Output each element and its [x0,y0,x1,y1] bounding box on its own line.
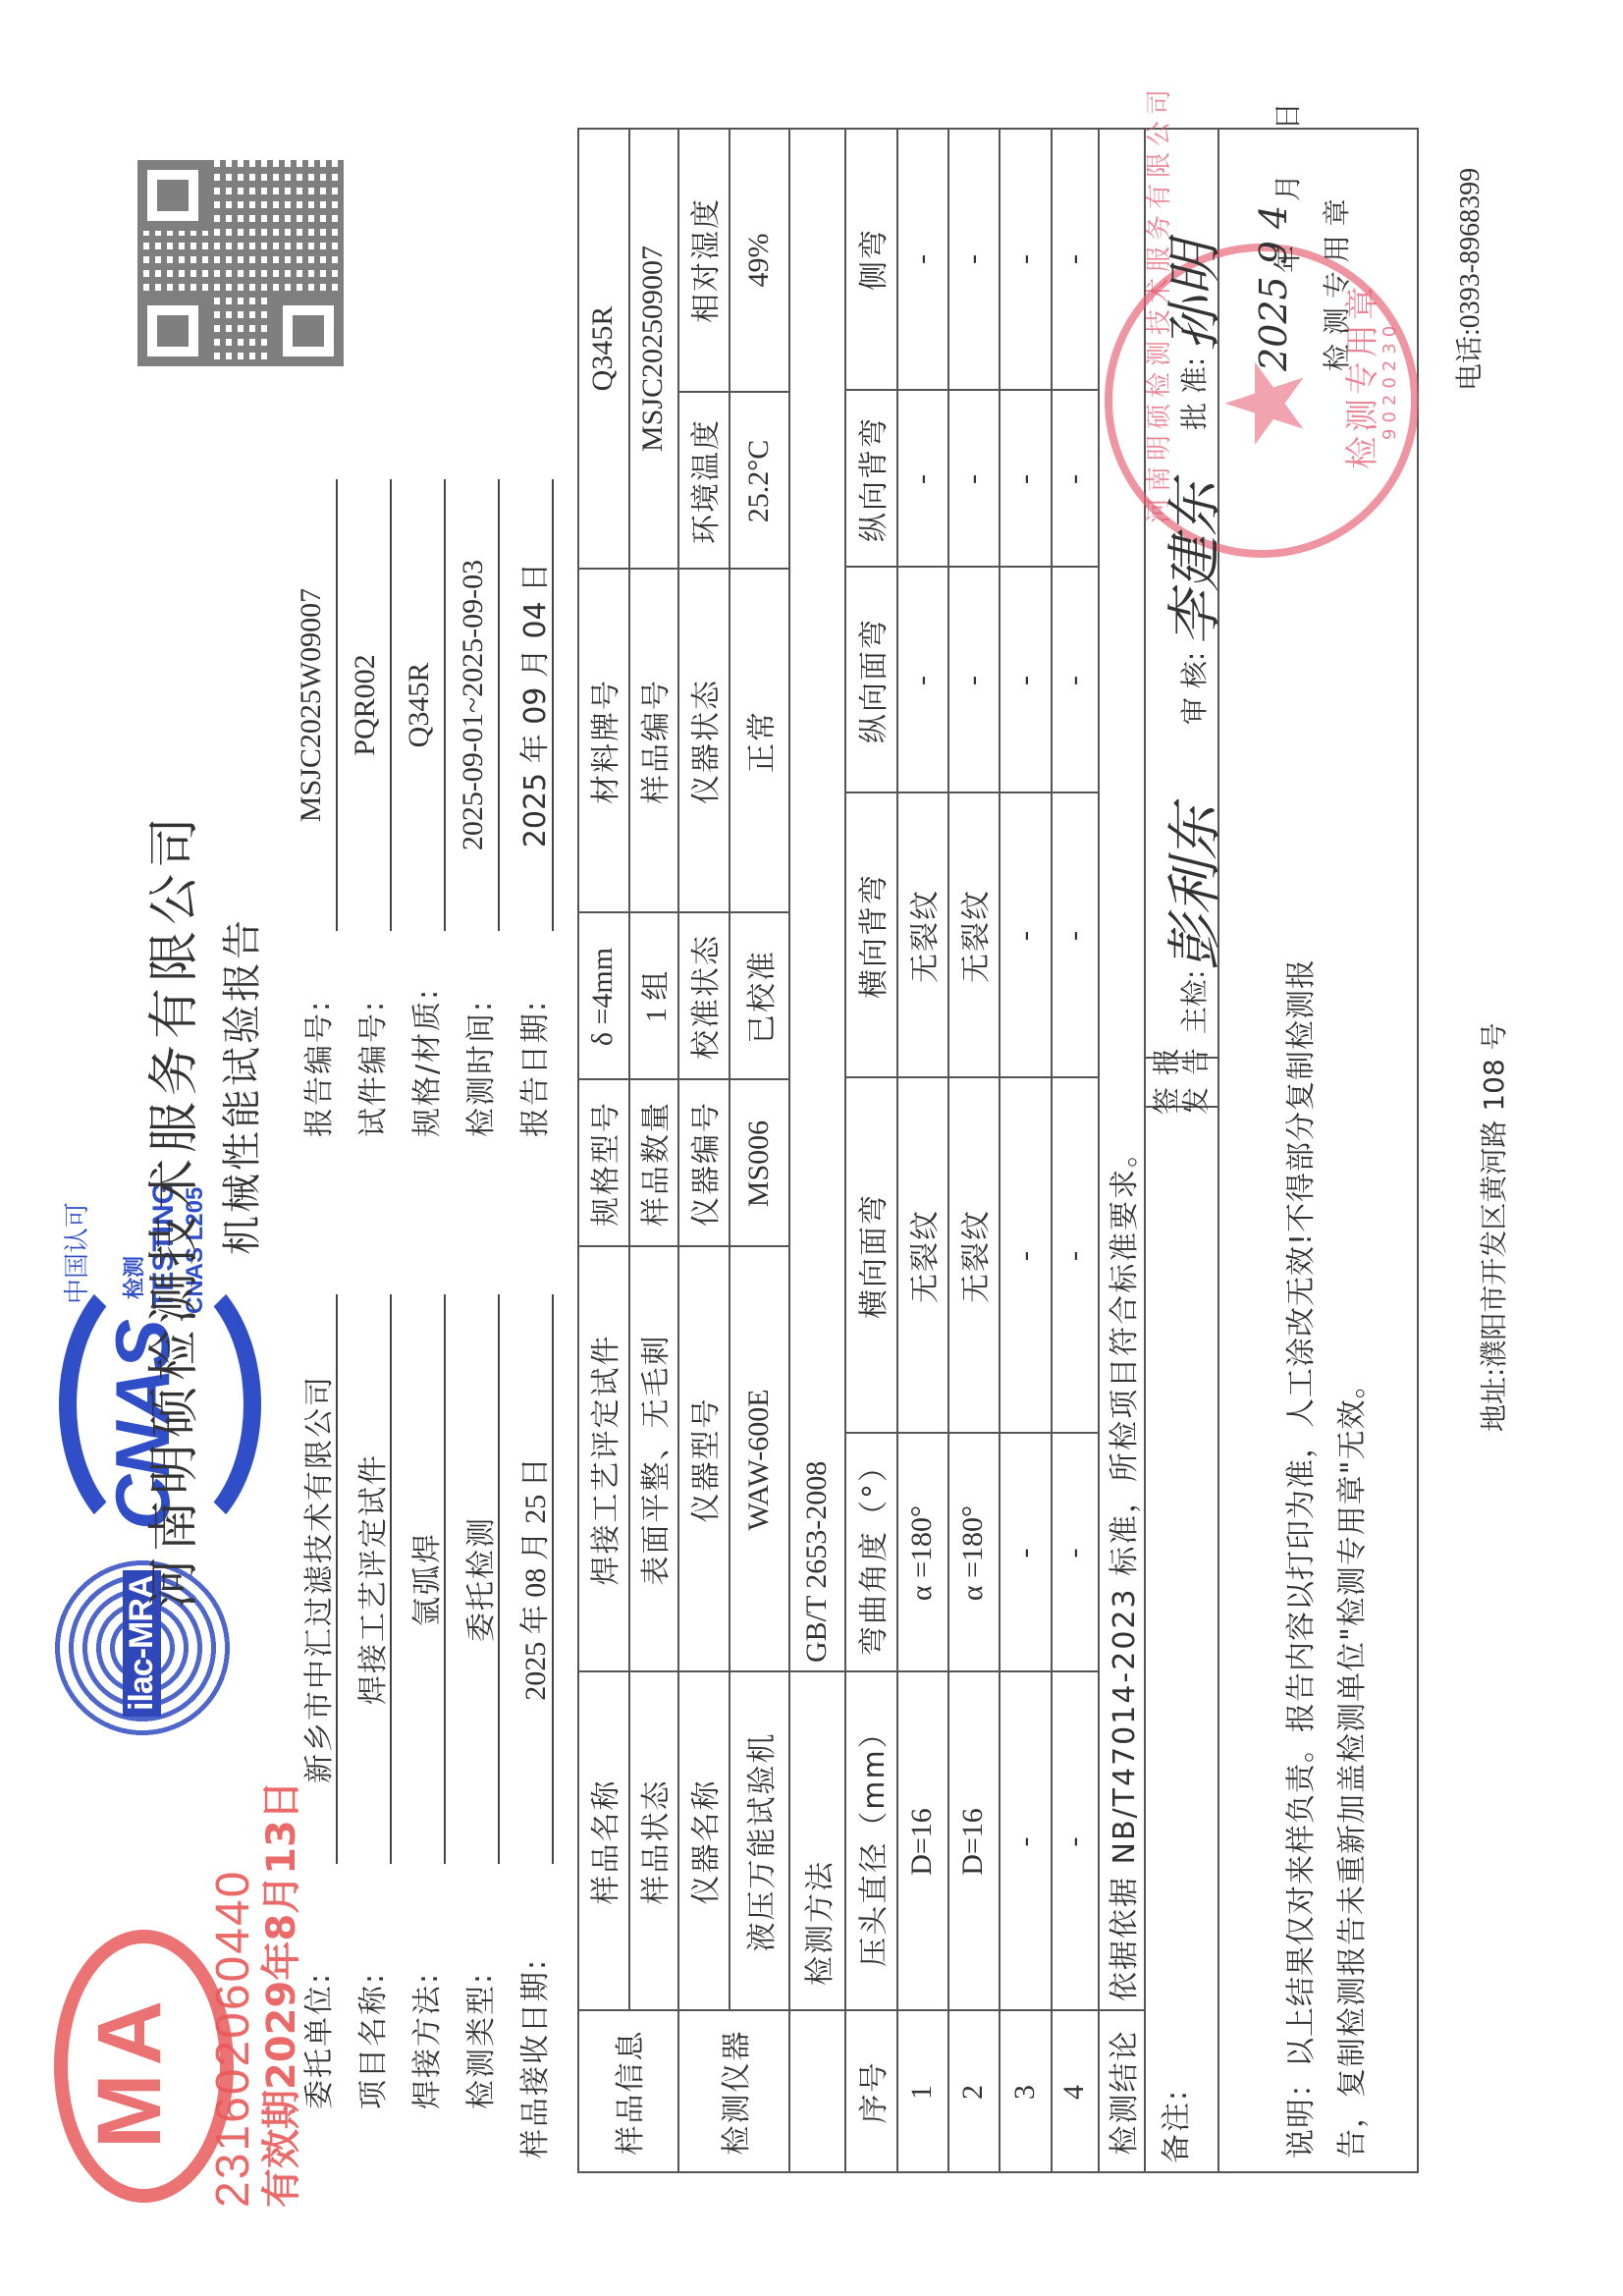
meta-value: 2025-09-01~2025-09-03 [457,479,490,931]
result-cell: - [1051,793,1098,1078]
meta-label: 检测类型: [457,1972,500,2109]
instrument-header: 环境温度 [677,393,729,570]
field-value: Q345R [577,128,628,570]
instrument-header: 相对湿度 [677,128,729,393]
inspector-signature: 彭利东 [1152,805,1230,970]
results-header: 横向背弯 [844,793,896,1078]
result-cell: - [1051,1672,1098,2011]
result-cell: - [1051,391,1098,568]
instrument-value: 49% [729,128,788,393]
result-cell: - [999,391,1051,568]
instrument-header: 仪器编号 [677,1080,729,1247]
result-cell: - [1051,128,1098,391]
instrument-value: 液压万能试验机 [729,1672,788,2011]
meta-value: 2025 年 08 月 25 日 [511,1294,554,1864]
results-header: 侧弯 [844,128,896,391]
meta-value: 焊接工艺评定试件 [349,1294,392,1864]
underline [552,1294,554,1864]
results-header: 序号 [844,2011,896,2173]
meta-value: MSJC2025W09007 [295,479,328,931]
cma-stamp-mark: MA [79,1993,182,2149]
meta-label: 委托单位: [295,1972,338,2109]
qr-finder-icon [137,160,208,231]
footer-phone: 电话:0393-8968399 [1448,168,1488,391]
underline [552,479,554,931]
results-header: 弯曲角度（°） [844,1434,896,1672]
result-cell: α =180° [947,1434,999,1672]
underline [444,479,446,931]
result-cell: α =180° [896,1434,947,1672]
result-cell: - [999,1672,1051,2011]
field-label: 样品状态 [628,1672,677,2011]
field-label: 样品名称 [577,1672,628,2011]
qr-finder-icon [273,296,344,366]
field-value: 焊接工艺评定试件 [577,1247,628,1672]
result-cell: - [999,1434,1051,1672]
disclaimer-notes: 说明：以上结果仅对来样负责。报告内容以打印为准，人工涂改无效!不得部分复制检测报… [1276,489,1379,2159]
results-header: 压头直径（mm） [844,1672,896,2011]
instrument-value: MS006 [729,1080,788,1247]
result-cell: - [999,568,1051,793]
approver-signature: 孙明 [1152,242,1230,352]
field-label: 样品数量 [628,1080,677,1247]
remarks-label: 备注: [1144,2011,1203,2173]
reviewer-label: 审 核: [1173,652,1213,725]
seal-code: 9020230 [1380,320,1400,440]
meta-value: 新乡市中汇过滤技术有限公司 [295,1294,338,1864]
underline [336,1294,338,1864]
footer-address: 地址:濮阳市开发区黄河路 108 号 [1473,1022,1512,1432]
field-label: 材料牌号 [577,570,628,913]
result-cell: - [947,568,999,793]
section-label-sample-info: 样品信息 [577,2011,677,2173]
meta-label: 报告编号: [295,1000,338,1137]
company-name: 河南明硕检测技术服务有限公司 [133,811,206,1609]
result-cell: 无裂纹 [896,1078,947,1434]
result-cell: - [1051,1078,1098,1434]
result-cell: - [896,128,947,391]
spacer [1051,2011,1098,2173]
disclaimer-line-2: 告，复制检测报告未重新加盖检测单位"检测专用章"无效。 [1327,489,1379,2159]
instrument-value: 25.2°C [729,393,788,570]
meta-value: 2025 年 09 月 04 日 [511,479,554,931]
results-header: 纵向面弯 [844,568,896,793]
disclaimer-line-1: 说明：以上结果仅对来样负责。报告内容以打印为准，人工涂改无效!不得部分复制检测报 [1276,489,1327,2159]
report-page: MA 231602060440 有效期2029年8月13日 ilac-MRA C… [0,0,1623,2296]
meta-value: 氩弧焊 [403,1294,446,1864]
underline [390,479,392,931]
approver-label: 批 准: [1173,357,1213,430]
conclusion-label: 检测结论 [1098,2011,1144,2173]
meta-label: 报告日期: [511,1000,554,1137]
field-value: δ =4mm [577,913,628,1080]
method-label: 检测方法 [788,1672,844,2173]
result-cell: - [896,391,947,568]
method-value: GB/T 2653-2008 [788,1245,844,1672]
meta-value: Q345R [403,479,436,931]
underline [498,1294,500,1864]
instrument-header: 仪器状态 [677,570,729,913]
underline [444,1294,446,1864]
instrument-value: 正常 [729,570,788,913]
field-value: MSJC202509007 [628,128,677,570]
meta-value: PQR002 [349,479,382,931]
report-title: 机械性能试验报告 [211,917,267,1255]
underline [336,479,338,931]
row-index: 3 [999,2011,1051,2173]
meta-label: 试件编号: [349,1000,392,1137]
field-value: 表面平整、无毛刺 [628,1247,677,1672]
underline [390,1294,392,1864]
underline [498,479,500,931]
result-cell: - [999,1078,1051,1434]
result-cell: 无裂纹 [896,793,947,1078]
result-cell: D=16 [947,1672,999,2011]
inspector-label: 主检: [1173,970,1213,1034]
instrument-header: 仪器型号 [677,1247,729,1672]
cnas-cn-accredited: 中国认可 [57,1202,93,1304]
meta-label: 样品接收日期: [511,1958,554,2159]
results-header: 横向面弯 [844,1078,896,1434]
instrument-value: WAW-600E [729,1247,788,1672]
meta-label: 规格/材质: [403,988,446,1137]
result-cell: - [1051,1434,1098,1672]
result-cell: 无裂纹 [947,1078,999,1434]
row-index: 1 [896,2011,947,2173]
result-cell: - [896,568,947,793]
field-value: 1 组 [628,913,677,1080]
field-label: 样品编号 [628,570,677,913]
field-label: 规格型号 [577,1080,628,1247]
result-cell: - [999,793,1051,1078]
meta-label: 检测时间: [457,1000,500,1137]
qr-code[interactable] [137,160,344,366]
seal-use-text: 检 测 专 用 章 [1316,198,1355,371]
date-suffix: 年 月 日 [1267,84,1306,273]
row-index: 2 [947,2011,999,2173]
results-header: 纵向背弯 [844,391,896,568]
result-cell: - [999,128,1051,391]
result-cell: - [947,391,999,568]
section-label-instrument: 检测仪器 [677,2011,788,2173]
instrument-value: 已校准 [729,913,788,1080]
meta-value: 委托检测 [457,1294,500,1864]
result-cell: - [947,128,999,391]
result-cell: 无裂纹 [947,793,999,1078]
meta-label: 焊接方法: [403,1972,446,2109]
meta-label: 项目名称: [349,1972,392,2109]
qr-finder-icon [137,296,208,366]
instrument-header: 校准状态 [677,913,729,1080]
result-cell: - [1051,568,1098,793]
signoff-label: 报告签发 [1144,1059,1217,1108]
result-cell: D=16 [896,1672,947,2011]
instrument-header: 仪器名称 [677,1672,729,2011]
reviewer-signature: 李建东 [1152,481,1230,646]
